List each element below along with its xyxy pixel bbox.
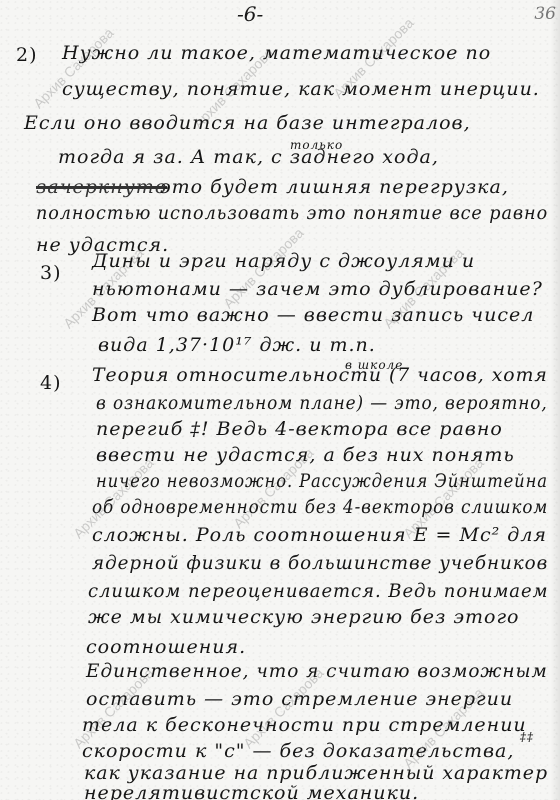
text-line: в ознакомительном плане) — это, вероятно… (96, 392, 548, 414)
scanned-page: Архив Сахарова Архив Сахарова Архив Саха… (0, 0, 560, 800)
text-line: Если оно вводится на базе интегралов, (24, 112, 471, 134)
text-line: нерелятивистской механики. (84, 782, 419, 800)
section-marker: 2) (16, 44, 38, 66)
text-line: оставить — это стремление энергии (86, 688, 513, 710)
text-line: ввести не удастся, а без них понять (96, 444, 515, 466)
text-line: слишком переоценивается. Ведь понимаем (88, 580, 548, 602)
text-line: Единственное, что я считаю возможным (86, 660, 548, 682)
text-line: существу, понятие, как момент инерции. (62, 78, 540, 100)
text-line: как указание на приближенный характер (84, 762, 548, 784)
text-line: тогда я за. А так, с заднего хода, (58, 146, 439, 168)
text-line: же мы химическую энергию без этого (88, 606, 519, 628)
text-line: тела к бесконечности при стремлении (82, 714, 527, 736)
text-line: полностью использовать это понятие все р… (36, 202, 548, 224)
text-line: Нужно ли такое, математическое по (62, 42, 491, 64)
footnote-mark: ‡‡ (520, 730, 534, 744)
text-line: скорости к "c" — без доказательства, (82, 740, 514, 762)
text-line: сложны. Роль соотношения E = Mc² для (92, 524, 547, 546)
page-number: -6- (237, 2, 263, 26)
section-marker: 3) (40, 262, 62, 284)
text-line: это будет лишняя перегрузка, (160, 176, 509, 198)
section-marker: 4) (40, 372, 62, 394)
text-line: об одновременности без 4-векторов слишко… (92, 496, 548, 518)
text-line: Вот что важно — ввести запись чисел (92, 304, 534, 326)
text-line: ньютонами — зачем это дублирование? (92, 278, 543, 300)
text-line: Дины и эрги наряду с джоулями и (92, 250, 475, 272)
text-line: соотношения. (86, 636, 246, 658)
page-edge-shadow (550, 0, 560, 800)
text-line: Теория относительности (7 часов, хотя (92, 364, 548, 386)
text-line: вида 1,37·10¹⁷ дж. и т.п. (98, 334, 376, 356)
struck-word: зачеркнуто (36, 176, 167, 198)
text-line: перегиб ‡! Ведь 4-вектора все равно (96, 418, 503, 440)
text-line: ничего невозможно. Рассуждения Эйнштейна (96, 470, 548, 492)
text-line: ядерной физики в большинстве учебников (92, 552, 548, 574)
